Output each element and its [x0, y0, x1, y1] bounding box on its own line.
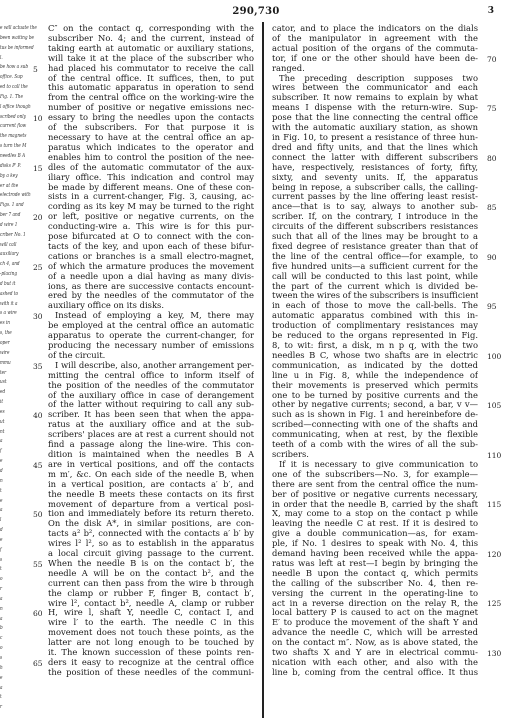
text-line: the clamp or rubber F, finger B, contact…: [48, 589, 254, 599]
line-number: 50: [33, 510, 43, 519]
line-number: 70: [487, 55, 497, 64]
bleed-line: Figs. 1 and: [0, 201, 30, 211]
bleed-line: n: [0, 477, 30, 487]
text-line: be made by different means. One of these…: [48, 183, 254, 193]
text-line: versing the current in the operating-lin…: [272, 589, 478, 599]
bleed-line: electrode with: [0, 191, 30, 201]
column-divider: [262, 22, 264, 718]
text-line: ered by the needles of the commutator of…: [48, 291, 254, 301]
text-line: needle B upon the contact q, which permi…: [272, 569, 478, 579]
line-number: 125: [487, 599, 501, 608]
text-line: dred and fifty units, and that the lines…: [272, 143, 478, 153]
text-line: apparatus to operate the current-changer…: [48, 331, 254, 341]
text-line: in each of those to move the call-bells.…: [272, 301, 478, 311]
text-line: call will be conducted to this last poin…: [272, 272, 478, 282]
bleed-line: l: [0, 516, 30, 526]
text-line: it. The known succession of these points…: [48, 648, 254, 658]
bleed-line: d: [0, 526, 30, 536]
text-line: tacts of the key, and upon each of these…: [48, 242, 254, 252]
text-line: advance the needle C, which will be arre…: [272, 628, 478, 638]
text-line: the part of the current which is divided…: [272, 282, 478, 292]
text-line: ratus was left at rest—I begin by bringi…: [272, 559, 478, 569]
text-line: of the latter without requiring to call …: [48, 400, 254, 410]
bleed-line: d wire 1: [0, 221, 30, 231]
text-line: dition is maintained when the needles B …: [48, 450, 254, 460]
line-number: 65: [33, 659, 43, 668]
bleed-line: s: [0, 556, 30, 566]
line-number: 25: [33, 263, 43, 272]
bleed-line: o: [0, 575, 30, 585]
text-line: five hundred units—a sufficient current …: [272, 262, 478, 272]
text-line: scriber. It has been seen that when the …: [48, 410, 254, 420]
text-line: of the subscribers. For that purpose it …: [48, 123, 254, 133]
line-number: 120: [487, 550, 501, 559]
text-line: sists in a current-changer, Fig. 3, caus…: [48, 192, 254, 202]
bleed-line: ed: [0, 388, 30, 398]
text-line: in order that the needle B, carried by t…: [272, 500, 478, 510]
bleed-line: e: [0, 457, 30, 467]
text-line: teeth of a comb with the wires of all th…: [272, 440, 478, 450]
text-line: nication with each other, and also with …: [272, 658, 478, 668]
bleed-line: with it a: [0, 300, 30, 310]
line-number: 35: [33, 362, 43, 371]
text-line: communication, as indicated by the dotte…: [272, 361, 478, 371]
line-number: 20: [33, 213, 43, 222]
bleed-line: will call: [0, 241, 30, 251]
line-number: 5: [33, 65, 38, 74]
text-line: one of the subscribers—No. 3, for exampl…: [272, 470, 478, 480]
bleed-line: a: [0, 506, 30, 516]
bleed-line: ust: [0, 378, 30, 388]
text-line: automatic apparatus combined with this i…: [272, 311, 478, 321]
text-line: scribers.: [272, 450, 478, 460]
bleed-line: by a key: [0, 172, 30, 182]
bleed-line: es in: [0, 319, 30, 329]
text-line: enables him to control the position of t…: [48, 153, 254, 163]
text-line: C″ on the contact q, corresponding with …: [48, 24, 254, 34]
bleed-line: h: [0, 664, 30, 674]
text-line: leaving the needle C at rest. If it is d…: [272, 519, 478, 529]
bleed-line: er at the: [0, 182, 30, 192]
text-line: On the disk A*, in similar positions, ar…: [48, 519, 254, 529]
text-line: ber of positive or negative currents nec…: [272, 490, 478, 500]
text-line: circuits of the different subscribers re…: [272, 222, 478, 232]
bleed-line: ch 4, and: [0, 260, 30, 270]
text-line: 8, to wit: first, a disk, m n p q, with …: [272, 341, 478, 351]
text-line: in Fig. 10, to present a resistance of t…: [272, 133, 478, 143]
text-line: H, wire l, shaft Y, needle C, contact I,…: [48, 608, 254, 618]
text-line: this automatic apparatus in operation to…: [48, 83, 254, 93]
bleed-line: d: [0, 467, 30, 477]
text-line: have, respectively, resistances of forty…: [272, 163, 478, 173]
text-line: scribed—connecting with one of the shaft…: [272, 420, 478, 430]
text-line: of the central office. It suffices, then…: [48, 74, 254, 84]
text-line: mitting the central office to inform its…: [48, 371, 254, 381]
line-number: 85: [487, 203, 497, 212]
bleed-line: s, the: [0, 329, 30, 339]
bleed-line: o: [0, 644, 30, 654]
text-line: movement does not touch these points, as…: [48, 628, 254, 638]
bleed-line: -placing: [0, 270, 30, 280]
text-line: pose bifurcated at O to connect with the…: [48, 232, 254, 242]
bleed-line: been waiting be: [0, 34, 30, 44]
text-line: had placed his commutator to receive the…: [48, 64, 254, 74]
bleed-line: t: [0, 487, 30, 497]
bleed-line: e: [0, 674, 30, 684]
text-line: in a vertical position, are contacts a′ …: [48, 480, 254, 490]
text-line: the position of these needles of the com…: [48, 668, 254, 678]
text-line: producing the necessary number of emissi…: [48, 341, 254, 351]
text-line: will take it at the place of the subscri…: [48, 54, 254, 64]
bleed-line: f: [0, 447, 30, 457]
bleed-line: s turn the M: [0, 142, 30, 152]
bleed-line: nt: [0, 428, 30, 438]
text-line: iliary office. This indication and contr…: [48, 173, 254, 183]
bleed-line: a: [0, 615, 30, 625]
text-line: their movements is preserved which permi…: [272, 381, 478, 391]
text-line: wire l′ to the earth. The needle C in th…: [48, 618, 254, 628]
bleed-line: es: [0, 408, 30, 418]
text-line: needles B C, whose two shafts are in ele…: [272, 351, 478, 361]
text-line: conducting-wire a. This wire is for this…: [48, 222, 254, 232]
text-line: Instead of employing a key, M, there may: [48, 311, 254, 321]
text-line: on the contact m″. Now, as is above stat…: [272, 638, 478, 648]
line-number: 90: [487, 253, 497, 262]
bleed-line: scribed only: [0, 113, 30, 123]
bleed-line: current flow: [0, 122, 30, 132]
bleed-line: ber 7 and: [0, 211, 30, 221]
text-line: m m′, &c. On each side of the needle B, …: [48, 470, 254, 480]
text-line: If it is necessary to give communication…: [272, 460, 478, 470]
bleed-line: ed to call the: [0, 83, 30, 93]
text-line: other by negative currents; second, a ba…: [272, 400, 478, 410]
bleed-line: the magnets: [0, 132, 30, 142]
text-line: there are sent from the central office t…: [272, 480, 478, 490]
text-line: sixty, and seventy units. If, the appara…: [272, 173, 478, 183]
line-number: 115: [487, 500, 501, 509]
text-line: tacts a² b², connected with the contacts…: [48, 529, 254, 539]
text-line: dles of the automatic commutator of the …: [48, 163, 254, 173]
bleed-line: r: [0, 585, 30, 595]
bleed-line: t: [0, 693, 30, 703]
text-line: E′ to produce the movement of the shaft …: [272, 618, 478, 628]
text-line: are in vertical positions, and off the c…: [48, 460, 254, 470]
text-line: give a double communication—as, for exam…: [272, 529, 478, 539]
line-number: 130: [487, 649, 501, 658]
text-line: one to be turned by positive currents an…: [272, 391, 478, 401]
text-line: act in a reverse direction on the relay …: [272, 599, 478, 609]
text-line: cations or branches is a small electro-m…: [48, 252, 254, 262]
bleed-line: e will actuate the: [0, 24, 30, 34]
text-line: ders it easy to recognize at the central…: [48, 658, 254, 668]
text-line: line b, coming from the central office. …: [272, 668, 478, 678]
bleed-line: e: [0, 497, 30, 507]
line-number: 40: [33, 411, 43, 420]
page-header: 290,730 3: [0, 0, 512, 22]
text-line: taking earth at automatic or auxiliary s…: [48, 44, 254, 54]
text-line: movement of departure from a vertical po…: [48, 500, 254, 510]
text-line: latter are not long enough to be touched…: [48, 638, 254, 648]
text-line: connect the latter with different subscr…: [272, 153, 478, 163]
text-line: auxiliary office on its disks.: [48, 301, 254, 311]
text-line: actual position of the organs of the com…: [272, 44, 478, 54]
text-line: of the manipulator in agreement with the: [272, 34, 478, 44]
bleed-line: r: [0, 703, 30, 713]
text-line: of the auxiliary office in case of deran…: [48, 391, 254, 401]
line-number: 55: [33, 560, 43, 569]
text-line: tion and immediately before its return t…: [48, 509, 254, 519]
text-line: current passes by the line offering leas…: [272, 192, 478, 202]
text-line: of which the armature produces the movem…: [48, 262, 254, 272]
text-line: such as is shown in Fig. 1 and hereinbef…: [272, 410, 478, 420]
text-line: be reduced to the organs represented in …: [272, 331, 478, 341]
line-number: 95: [487, 302, 497, 311]
line-number: 30: [33, 312, 43, 321]
bleed-line: ut: [0, 418, 30, 428]
bleed-line: mmu: [0, 359, 30, 369]
text-line: two shafts X and Y are in electrical com…: [272, 648, 478, 658]
text-line: the needle B meets these contacts on its…: [48, 490, 254, 500]
text-line: the line of the central office—for examp…: [272, 252, 478, 262]
line-number: 80: [487, 154, 497, 163]
text-line: wires l² l², so as to establish in the a…: [48, 539, 254, 549]
text-line: pose that the line connecting the centra…: [272, 113, 478, 123]
line-number: 100: [487, 352, 501, 361]
bleed-line: f: [0, 546, 30, 556]
text-line: current can then pass from the wire b th…: [48, 579, 254, 589]
text-line: cording as its key M may be turned to th…: [48, 202, 254, 212]
text-line: ple, if No. 1 desires to speak with No. …: [272, 539, 478, 549]
right-text-column: cator, and to place the indicators on th…: [272, 24, 478, 678]
text-line: cator, and to place the indicators on th…: [272, 24, 478, 34]
bleed-line: d but it: [0, 280, 30, 290]
text-line: of a needle upon a dial having as many d…: [48, 272, 254, 282]
text-line: The preceding description supposes two: [272, 74, 478, 84]
bleed-line: office. Sup: [0, 73, 30, 83]
text-line: needle A will be on the contact b², and …: [48, 569, 254, 579]
line-number: 45: [33, 461, 43, 470]
line-number: 60: [33, 609, 43, 618]
text-line: being in repose, a subscriber calls, the…: [272, 183, 478, 193]
text-line: subscriber No. 4; and the current, inste…: [48, 34, 254, 44]
bleed-line: a: [0, 684, 30, 694]
text-line: local battery P is caused to act on the …: [272, 608, 478, 618]
text-line: tween the wires of the subscribers is in…: [272, 291, 478, 301]
text-line: means I dispense with the return-wire. S…: [272, 103, 478, 113]
bleed-line: ter: [0, 369, 30, 379]
bleed-line: n: [0, 605, 30, 615]
line-number: 75: [487, 104, 497, 113]
text-line: necessary to have at the central office …: [48, 133, 254, 143]
line-number: 15: [33, 164, 43, 173]
line-number: 110: [487, 451, 501, 460]
text-line: paratus which indicates to the operator …: [48, 143, 254, 153]
bleed-line: disks P' P.: [0, 162, 30, 172]
bleed-line: c: [0, 634, 30, 644]
text-line: ranged.: [272, 64, 478, 74]
bleed-line: tus be informed: [0, 44, 30, 54]
text-line: subscriber. It now remains to explain by…: [272, 93, 478, 103]
text-line: ions, as there are successive contacts e…: [48, 282, 254, 292]
bleed-line: criber No. 1: [0, 231, 30, 241]
bleed-line: needles B A: [0, 152, 30, 162]
bleed-line: be how a sub: [0, 63, 30, 73]
bleed-line: a: [0, 595, 30, 605]
text-line: number of positive or negative emissions…: [48, 103, 254, 113]
bleed-line: l office though: [0, 103, 30, 113]
bleed-line: s a wire: [0, 309, 30, 319]
text-line: be employed at the central office an aut…: [48, 321, 254, 331]
text-line: wire l², contact b², needle A, clamp or …: [48, 599, 254, 609]
patent-number: 290,730: [0, 6, 512, 17]
bleed-line: Fig. 1. The: [0, 93, 30, 103]
line-number: 10: [33, 114, 43, 123]
text-line: scriber. If, on the contrary, I introduc…: [272, 212, 478, 222]
text-line: When the needle B is on the contact b′, …: [48, 559, 254, 569]
bleed-line: t: [0, 565, 30, 575]
text-line: I will describe, also, another arrangeme…: [48, 361, 254, 371]
bleed-line: oper: [0, 339, 30, 349]
text-line: find a passage along the line-wire. This…: [48, 440, 254, 450]
text-line: such that all of the lines may be brough…: [272, 232, 478, 242]
line-number: 105: [487, 401, 501, 410]
text-line: tor, if one or the other should have bee…: [272, 54, 478, 64]
bleed-line: auxiliary: [0, 250, 30, 260]
text-line: from the central office on the working-w…: [48, 93, 254, 103]
text-line: fixed degree of resistance greater than …: [272, 242, 478, 252]
text-line: line u in Fig. 8, while the independence…: [272, 371, 478, 381]
bleed-line: a: [0, 437, 30, 447]
bleed-line: b: [0, 624, 30, 634]
text-line: essary to bring the needles upon the con…: [48, 113, 254, 123]
bleed-line: s: [0, 654, 30, 664]
page-number: 3: [488, 6, 494, 16]
bleed-line: e: [0, 536, 30, 546]
left-text-column: C″ on the contact q, corresponding with …: [48, 24, 254, 678]
text-line: or left, positive or negative currents, …: [48, 212, 254, 222]
text-line: ratus at the auxiliary office and at the…: [48, 420, 254, 430]
text-line: scribers' places are at rest a current s…: [48, 430, 254, 440]
text-line: communicating, when at rest, by the flex…: [272, 430, 478, 440]
text-line: wires between the communicator and each: [272, 83, 478, 93]
text-line: X, may come to a stop on the contact p w…: [272, 509, 478, 519]
text-line: demand having been received while the ap…: [272, 549, 478, 559]
text-line: troduction of complimentary resistances …: [272, 321, 478, 331]
text-line: of the circuit.: [48, 351, 254, 361]
text-line: with the automatic auxiliary station, as…: [272, 123, 478, 133]
text-line: ance—that is to say, always to another s…: [272, 202, 478, 212]
text-line: the calling of the subscriber No. 4, the…: [272, 579, 478, 589]
text-line: the position of the needles of the commu…: [48, 381, 254, 391]
bleed-line: l.: [0, 54, 30, 64]
text-line: a local circuit giving passage to the cu…: [48, 549, 254, 559]
bleed-line: wire: [0, 349, 30, 359]
bleed-line: it: [0, 398, 30, 408]
bleed-line: ashed to: [0, 290, 30, 300]
